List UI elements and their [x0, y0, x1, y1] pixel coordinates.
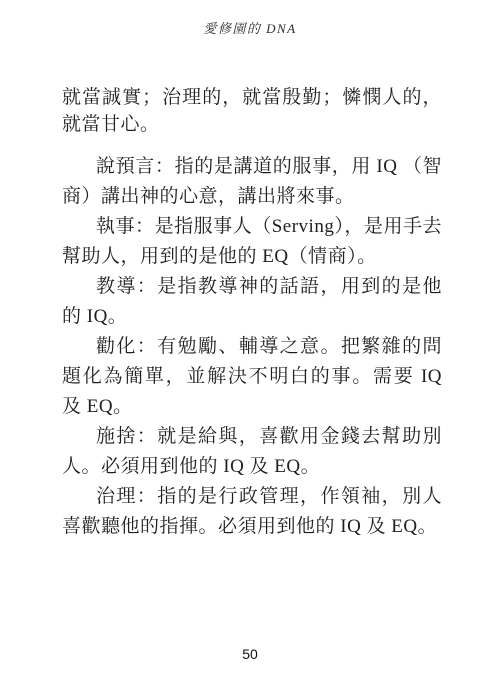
paragraph: 執事：是指服事人（Serving），是用手去幫助人，用到的是他的 EQ（情商）。 — [62, 212, 442, 272]
paragraph: 教導：是指教導神的話語，用到的是他的 IQ。 — [62, 272, 442, 332]
paragraph: 說預言：指的是講道的服事，用 IQ （智商）講出神的心意，講出將來事。 — [62, 152, 442, 212]
page-body: 就當誠實；治理的，就當殷勤；憐憫人的，就當甘心。說預言：指的是講道的服事，用 I… — [62, 84, 442, 542]
paragraph: 勸化：有勉勵、輔導之意。把繁雜的問題化為簡單，並解決不明白的事。需要 IQ 及 … — [62, 332, 442, 422]
paragraph: 就當誠實；治理的，就當殷勤；憐憫人的，就當甘心。 — [62, 84, 442, 138]
running-header: 愛修園的 DNA — [0, 18, 500, 37]
page-number: 50 — [0, 646, 500, 662]
paragraph: 治理：指的是行政管理，作領袖，別人喜歡聽他的指揮。必須用到他的 IQ 及 EQ。 — [62, 482, 442, 542]
paragraph: 施捨：就是給與，喜歡用金錢去幫助別人。必須用到他的 IQ 及 EQ。 — [62, 422, 442, 482]
document-page: 愛修園的 DNA 就當誠實；治理的，就當殷勤；憐憫人的，就當甘心。說預言：指的是… — [0, 0, 500, 700]
